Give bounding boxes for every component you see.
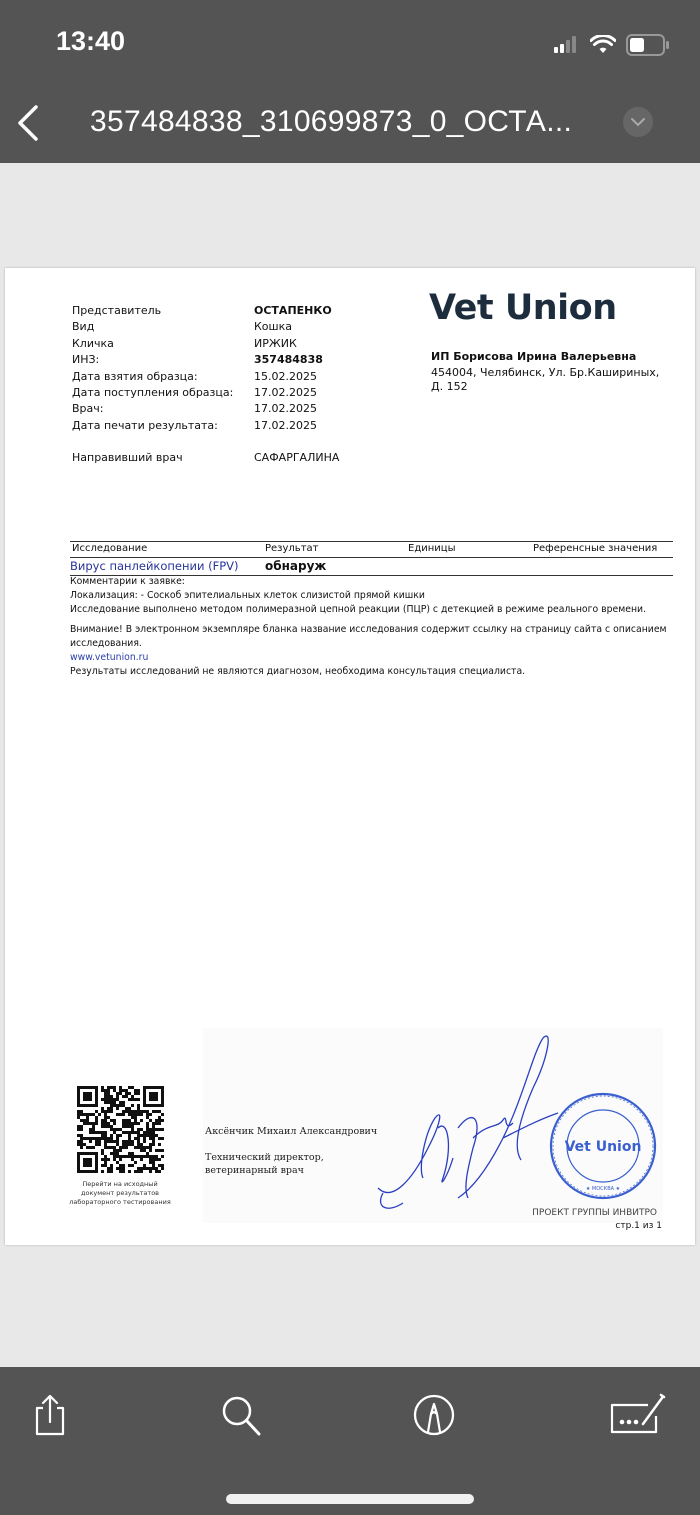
method-note: Исследование выполнено методом полимераз…	[70, 603, 695, 617]
info-label: Дата взятия образца:	[72, 369, 254, 385]
info-row: Врач:17.02.2025	[72, 401, 374, 417]
cellular-signal-icon	[554, 35, 580, 55]
bottom-toolbar	[0, 1367, 700, 1515]
referring-doctor: Направивший врач САФАРГАЛИНА	[72, 451, 339, 464]
header-test: Исследование	[72, 543, 147, 554]
header-reference: Референсные значения	[533, 543, 657, 554]
test-result: обнаруж	[265, 559, 326, 573]
battery-icon	[626, 34, 670, 56]
info-label: Кличка	[72, 336, 254, 352]
received-date: 17.02.2025	[254, 385, 374, 401]
wifi-icon	[590, 35, 616, 55]
status-icons	[554, 30, 670, 60]
signature-icon	[608, 1392, 668, 1438]
signer-title: Технический директор, ветеринарный врач	[205, 1151, 324, 1177]
species: Кошка	[254, 319, 374, 335]
sample-date: 15.02.2025	[254, 369, 374, 385]
top-bar: 13:40 357484838_310699873_0_ОСТА...	[0, 0, 700, 163]
info-label: Вид	[72, 319, 254, 335]
chevron-left-icon	[14, 103, 44, 143]
svg-text:Vet Union: Vet Union	[565, 1139, 642, 1155]
search-button[interactable]	[218, 1392, 264, 1438]
chevron-down-icon	[630, 117, 646, 127]
doctor-date: 17.02.2025	[254, 401, 374, 417]
results-table: Исследование Результат Единицы Референсн…	[70, 541, 673, 576]
disclaimer-note: Результаты исследований не являются диаг…	[70, 665, 695, 679]
document-page: ПредставительОСТАПЕНКО ВидКошка КличкаИР…	[5, 268, 695, 1245]
owner-name: ОСТАПЕНКО	[254, 303, 374, 319]
table-header: Исследование Результат Единицы Референсн…	[70, 541, 673, 558]
info-label: ИНЗ:	[72, 352, 254, 368]
referrer-value: САФАРГАЛИНА	[254, 451, 339, 464]
organization-name: ИП Борисова Ирина Валерьевна	[431, 350, 636, 363]
referrer-label: Направивший врач	[72, 451, 254, 464]
footer-project: ПРОЕКТ ГРУППЫ ИНВИТРО	[532, 1208, 657, 1218]
svg-text:★ МОСКВА ★: ★ МОСКВА ★	[586, 1186, 621, 1192]
search-icon	[218, 1392, 264, 1438]
share-icon	[27, 1392, 73, 1438]
table-row: Вирус панлейкопении (FPV) обнаруж	[70, 558, 673, 576]
share-button[interactable]	[27, 1392, 73, 1438]
order-number: 357484838	[254, 352, 374, 368]
info-row: Дата печати результата:17.02.2025	[72, 418, 374, 434]
info-row: Дата взятия образца:15.02.2025	[72, 369, 374, 385]
info-row: ИНЗ:357484838	[72, 352, 374, 368]
print-date: 17.02.2025	[254, 418, 374, 434]
footer-page-number: стр.1 из 1	[615, 1221, 662, 1231]
qr-code[interactable]	[77, 1086, 164, 1173]
test-name-link[interactable]: Вирус панлейкопении (FPV)	[70, 559, 239, 573]
patient-info: ПредставительОСТАПЕНКО ВидКошка КличкаИР…	[72, 303, 374, 434]
notes: Комментарии к заявке: Локализация: - Сос…	[70, 575, 695, 679]
info-label: Дата поступления образца:	[72, 385, 254, 401]
status-time: 13:40	[56, 26, 125, 57]
document-viewer[interactable]: ПредставительОСТАПЕНКО ВидКошка КличкаИР…	[0, 163, 700, 1367]
signature-button[interactable]	[608, 1392, 668, 1438]
header-result: Результат	[265, 543, 318, 554]
pet-name: ИРЖИК	[254, 336, 374, 352]
info-row: ПредставительОСТАПЕНКО	[72, 303, 374, 319]
markup-pen-icon	[411, 1392, 457, 1438]
back-button[interactable]	[14, 103, 44, 143]
signer-title-line2: ветеринарный врач	[205, 1164, 324, 1177]
organization-address: 454004, Челябинск, Ул. Бр.Кашириных, Д. …	[431, 366, 671, 394]
info-label: Дата печати результата:	[72, 418, 254, 434]
info-row: КличкаИРЖИК	[72, 336, 374, 352]
info-label: Врач:	[72, 401, 254, 417]
attention-note: Внимание! В электронном экземпляре бланк…	[70, 623, 695, 651]
markup-button[interactable]	[411, 1392, 457, 1438]
signer-title-line1: Технический директор,	[205, 1151, 324, 1164]
comments-label: Комментарии к заявке:	[70, 575, 695, 589]
nav-bar: 357484838_310699873_0_ОСТА...	[0, 95, 700, 155]
title-menu-button[interactable]	[623, 107, 653, 137]
header-units: Единицы	[408, 543, 455, 554]
website-link[interactable]: www.vetunion.ru	[70, 652, 148, 663]
vet-union-logo: Vet Union	[429, 288, 617, 328]
signer-name: Аксёнчик Михаил Александрович	[205, 1126, 377, 1137]
qr-code-icon	[77, 1086, 164, 1173]
home-indicator[interactable]	[226, 1494, 474, 1504]
info-row: ВидКошка	[72, 319, 374, 335]
company-stamp: Vet Union ★ МОСКВА ★	[551, 1094, 655, 1198]
info-label: Представитель	[72, 303, 254, 319]
localization-note: Локализация: - Соскоб эпителиальных клет…	[70, 589, 695, 603]
document-title[interactable]: 357484838_310699873_0_ОСТА...	[90, 105, 572, 139]
info-row: Дата поступления образца:17.02.2025	[72, 385, 374, 401]
qr-caption: Перейти на исходный документ результатов…	[65, 1180, 175, 1207]
